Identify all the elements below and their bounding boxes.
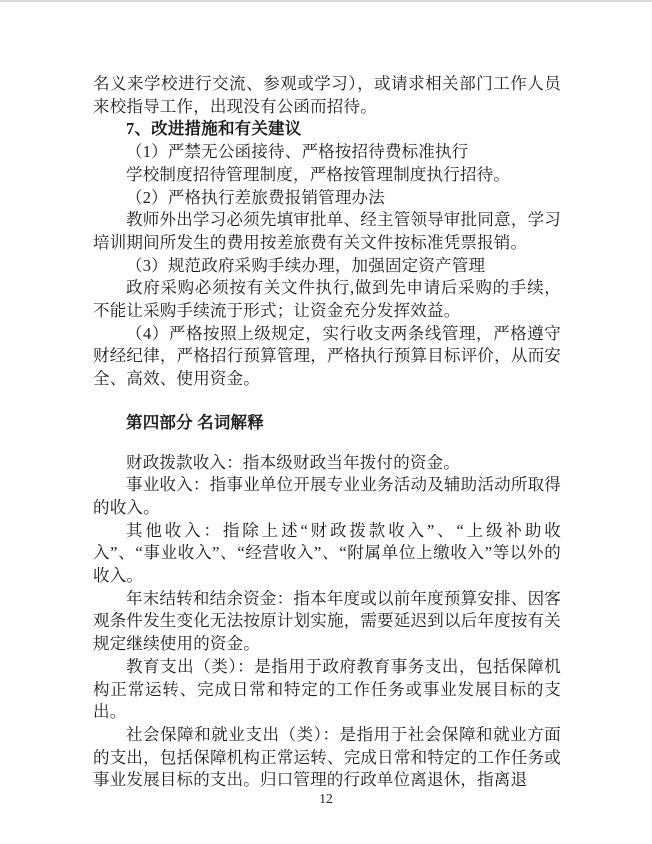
paragraph: 年末结转和结余资金：指本年度或以前年度预算安排、因客观条件发生变化无法按原计划实… — [93, 588, 561, 656]
paragraph: 名义来学校进行交流、参观或学习），或请求相关部门工作人员来校指导工作，出现没有公… — [93, 73, 561, 118]
paragraph: 教师外出学习必须先填审批单、经主管领导审批同意，学习培训期间所发生的费用按差旅费… — [93, 209, 561, 254]
paragraph: 教育支出（类）：是指用于政府教育事务支出，包括保障机构正常运转、完成日常和特定的… — [93, 656, 561, 724]
page-number: 12 — [0, 791, 652, 807]
paragraph: （3）规范政府采购手续办理，加强固定资产管理 — [93, 255, 561, 278]
document-page: 名义来学校进行交流、参观或学习），或请求相关部门工作人员来校指导工作，出现没有公… — [0, 0, 652, 844]
paragraph: 其他收入：指除上述“财政拨款收入”、“上级补助收入”、“事业收入”、“经营收入”… — [93, 520, 561, 588]
heading: 7、改进措施和有关建议 — [93, 118, 561, 141]
paragraph: 财政拨款收入：指本级财政当年拨付的资金。 — [93, 452, 561, 475]
paragraph: 学校制度招待管理制度，严格按管理制度执行招待。 — [93, 164, 561, 187]
paragraph: 社会保障和就业支出（类）：是指用于社会保障和就业方面的支出，包括保障机构正常运转… — [93, 724, 561, 792]
paragraph: 事业收入：指事业单位开展专业业务活动及辅助活动所取得的收入。 — [93, 474, 561, 519]
paragraph: （4）严格按照上级规定，实行收支两条线管理，严格遵守财经纪律，严格招行预算管理，… — [93, 323, 561, 391]
paragraph: （2）严格执行差旅费报销管理办法 — [93, 187, 561, 210]
paragraph: （1）严禁无公函接待、严格按招待费标准执行 — [93, 141, 561, 164]
document-body: 名义来学校进行交流、参观或学习），或请求相关部门工作人员来校指导工作，出现没有公… — [93, 73, 561, 792]
section-heading: 第四部分 名词解释 — [93, 412, 561, 435]
paragraph: 政府采购必须按有关文件执行,做到先申请后采购的手续，不能让采购手续流于形式；让资… — [93, 277, 561, 322]
